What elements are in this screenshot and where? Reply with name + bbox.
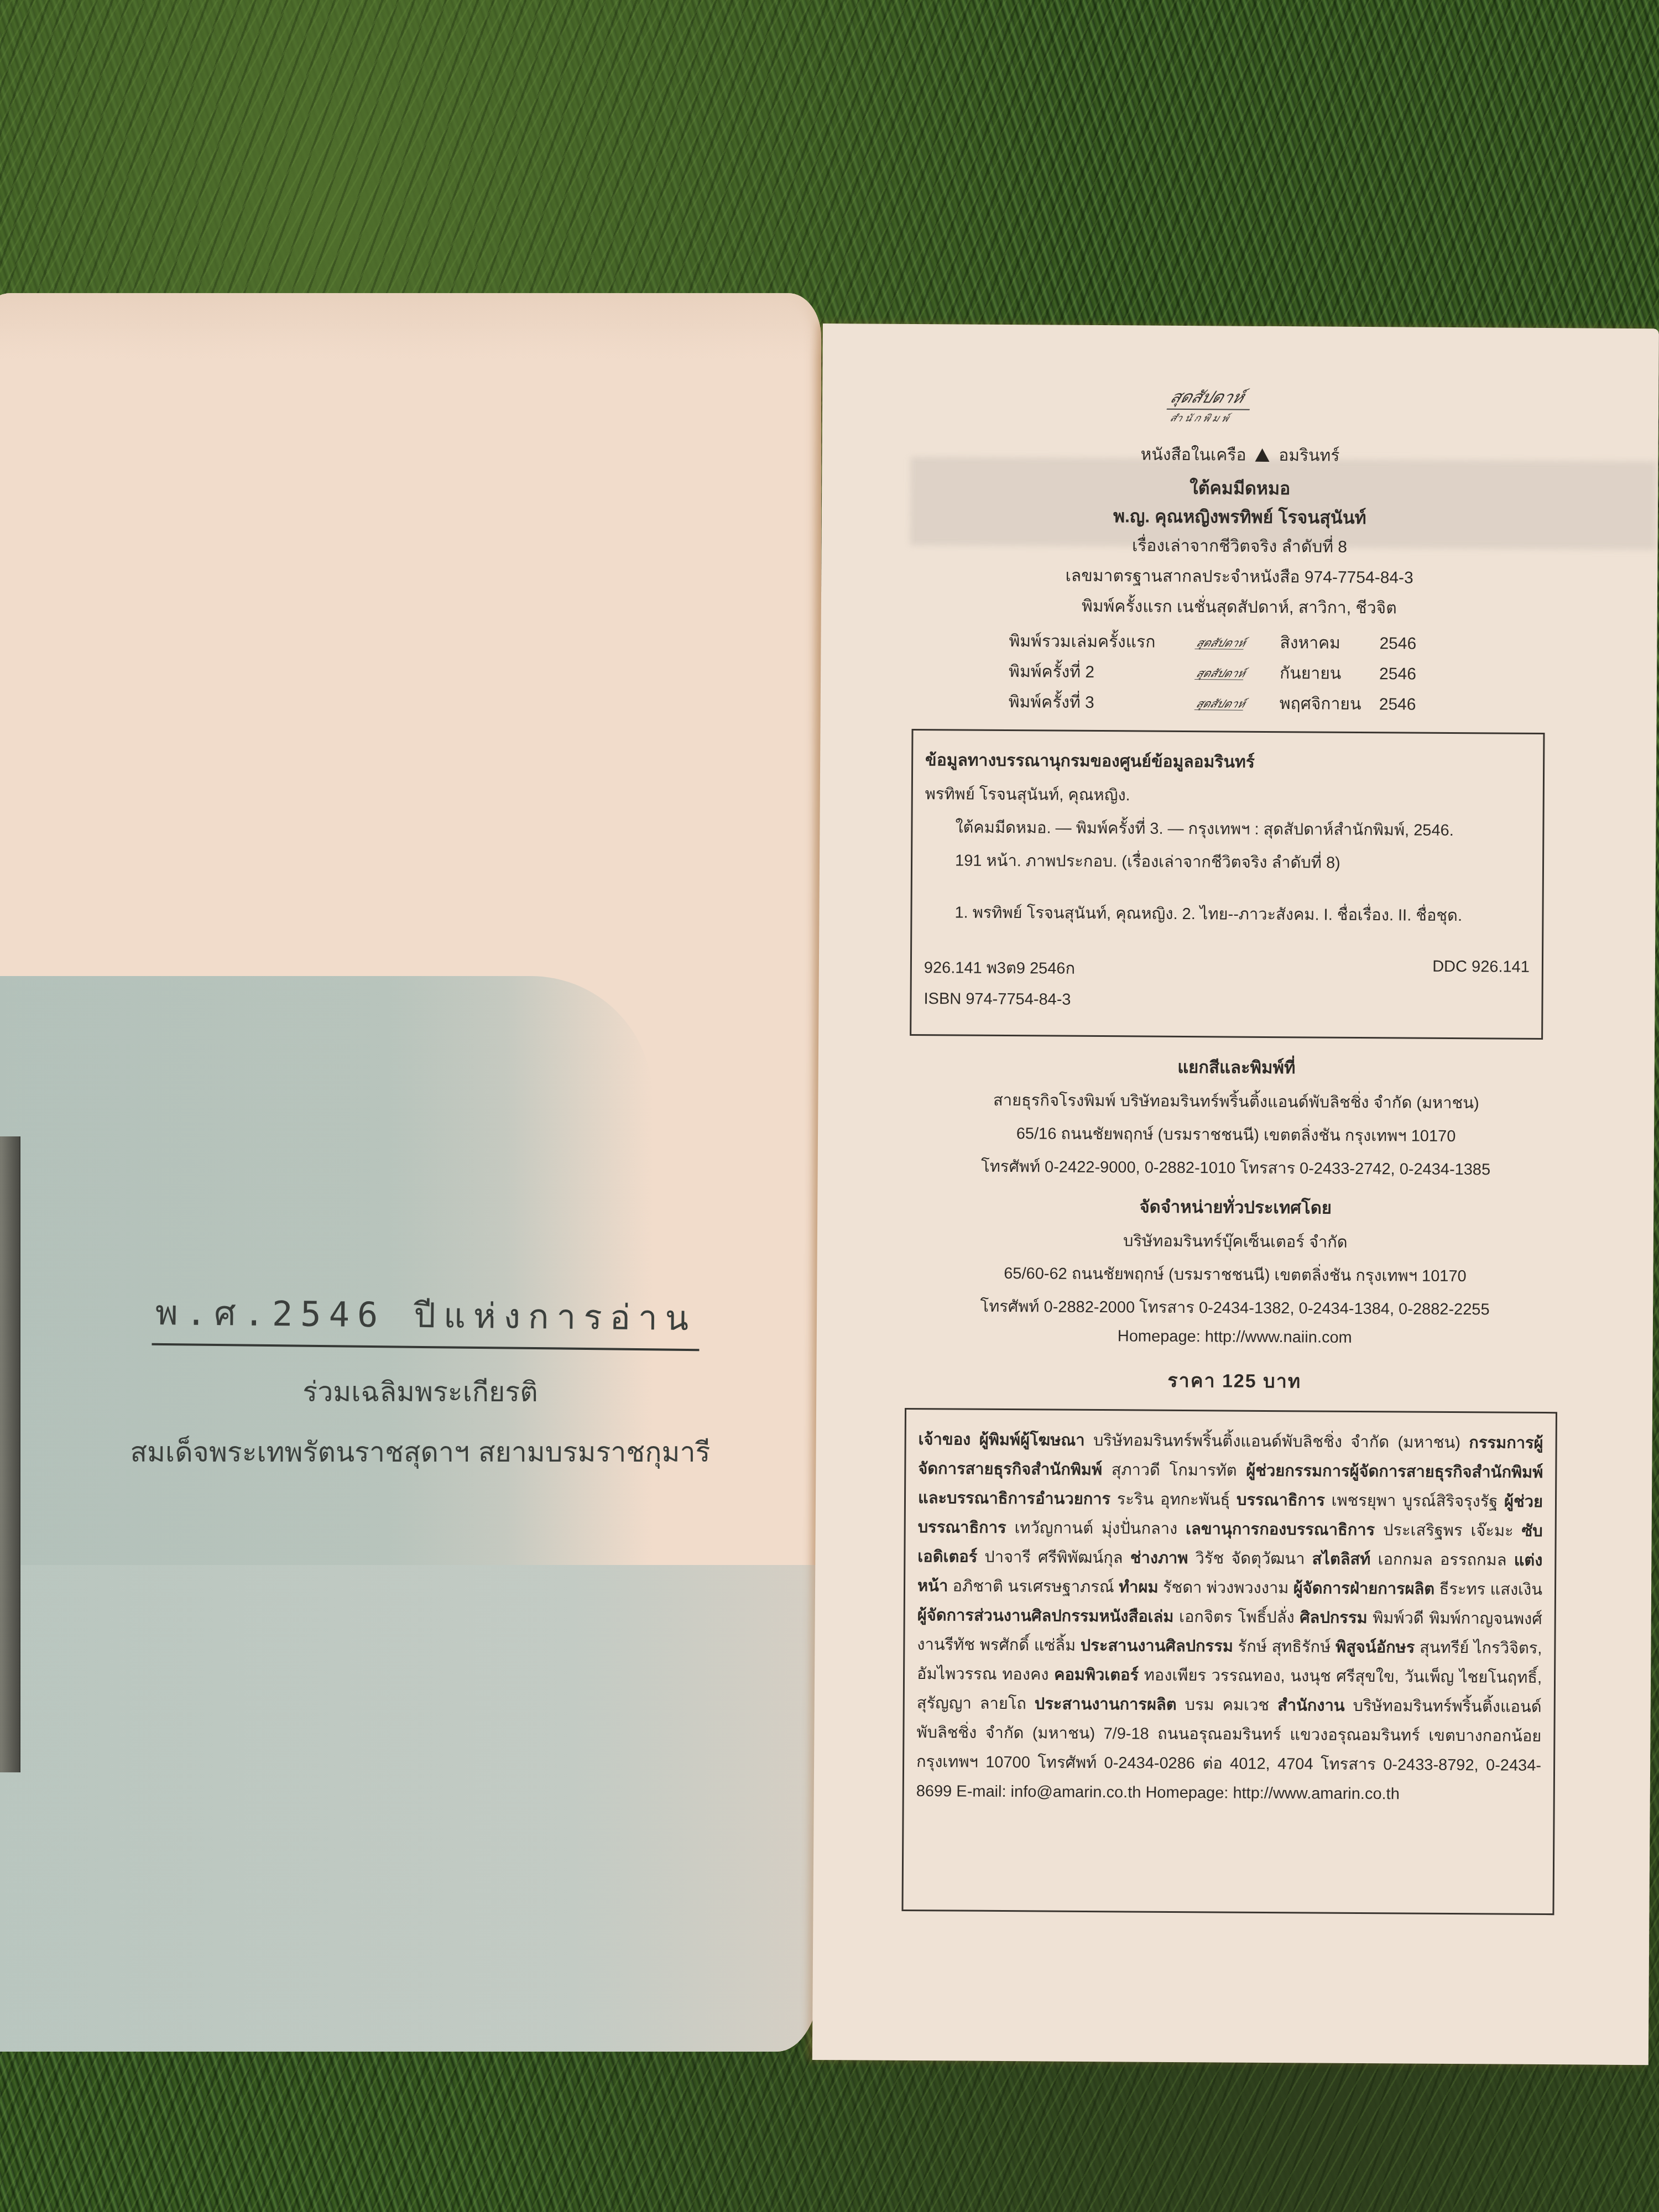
book-series: เรื่องเล่าจากชีวิตจริง ลำดับที่ 8 bbox=[821, 531, 1657, 562]
printing-row: พิมพ์รวมเล่มครั้งแรก สุดสัปดาห์ สิงหาคม … bbox=[1009, 626, 1416, 659]
staff-role: ศิลปกรรม bbox=[1300, 1609, 1368, 1627]
staff-role: ผู้จัดการฝ่ายการผลิต bbox=[1293, 1579, 1435, 1598]
cip-call-number: 926.141 พ3ต9 2546ก bbox=[924, 954, 1076, 981]
printing-row: พิมพ์ครั้งที่ 3 สุดสัปดาห์ พฤศจิกายน 254… bbox=[1009, 687, 1416, 719]
staff-name: รัชดา พ่วงพวงงาม bbox=[1163, 1579, 1289, 1597]
staff-role: เจ้าของ ผู้พิมพ์ผู้โฆษณา bbox=[919, 1431, 1085, 1449]
staff-role: เลขานุการกองบรรณาธิการ bbox=[1186, 1520, 1375, 1539]
publisher-logo-bottom: สำนักพิมพ์ bbox=[1168, 410, 1257, 426]
printing-month: กันยายน bbox=[1280, 658, 1379, 689]
printing-year: 2546 bbox=[1379, 659, 1416, 689]
staff-name: รักษ์ สุทธิรักษ์ bbox=[1238, 1638, 1331, 1656]
staff-role: ทำผม bbox=[1119, 1578, 1159, 1596]
printing-month: พฤศจิกายน bbox=[1280, 688, 1379, 719]
staff-name: ปาจารี ศรีพิพัฒน์กุล bbox=[984, 1548, 1123, 1567]
staff-role: สำนักงาน bbox=[1277, 1697, 1345, 1715]
publisher-signature-mark: สุดสัปดาห์ bbox=[1197, 627, 1280, 658]
book-author: พ.ญ. คุณหญิงพรทิพย์ โรจนสุนันท์ bbox=[822, 500, 1658, 534]
reading-year-dedication: พ.ศ.2546 ปีแห่งการอ่าน ร่วมเฉลิมพระเกียร… bbox=[94, 1288, 747, 1474]
distributor-address: 65/60-62 ถนนชัยพฤกษ์ (บรมราชชนนี) เขตตลิ… bbox=[817, 1259, 1653, 1290]
imprint-suffix: อมรินทร์ bbox=[1279, 446, 1340, 465]
staff-credits-box: เจ้าของ ผู้พิมพ์ผู้โฆษณา บริษัทอมรินทร์พ… bbox=[901, 1408, 1557, 1915]
triangle-logo-icon bbox=[1255, 448, 1270, 462]
cip-classification-row: 926.141 พ3ต9 2546ก DDC 926.141 bbox=[924, 954, 1530, 984]
right-page-colophon: สุดสัปดาห์ สำนักพิมพ์ หนังสือในเครือ อมร… bbox=[812, 324, 1659, 2065]
cip-line-2: 191 หน้า. ภาพประกอบ. (เรื่องเล่าจากชีวิต… bbox=[925, 847, 1530, 877]
first-print-line: พิมพ์ครั้งแรก เนชั่นสุดสัปดาห์, สาวิกา, … bbox=[821, 592, 1657, 623]
distributor-homepage-link[interactable]: Homepage: http://www.naiin.com bbox=[817, 1326, 1653, 1349]
printer-phone: โทรศัพท์ 0-2422-9000, 0-2882-1010 โทรสาร… bbox=[818, 1152, 1654, 1183]
printing-label: พิมพ์ครั้งที่ 3 bbox=[1009, 687, 1197, 718]
reading-year-heading: พ.ศ.2546 ปีแห่งการอ่าน bbox=[152, 1286, 700, 1351]
staff-name: ระริน อุทกะพันธุ์ bbox=[1117, 1490, 1230, 1509]
printer-section: แยกสีและพิมพ์ที่ สายธุรกิจโรงพิมพ์ บริษั… bbox=[818, 1051, 1655, 1183]
staff-name: เพชรยุพา บูรณ์สิริจรุงรัฐ bbox=[1331, 1492, 1498, 1511]
imprint-line: หนังสือในเครือ อมรินทร์ bbox=[822, 440, 1658, 471]
printing-label: พิมพ์รวมเล่มครั้งแรก bbox=[1009, 626, 1197, 658]
distributor-phone: โทรศัพท์ 0-2882-2000 โทรสาร 0-2434-1382,… bbox=[817, 1292, 1653, 1323]
printing-label: พิมพ์ครั้งที่ 2 bbox=[1009, 656, 1197, 688]
printing-year: 2546 bbox=[1379, 628, 1416, 659]
cip-subjects: 1. พรทิพย์ โรจนสุนันท์, คุณหญิง. 2. ไทย-… bbox=[924, 899, 1530, 928]
dedication-line-2: สมเด็จพระเทพรัตนราชสุดาฯ สยามบรมราชกุมาร… bbox=[94, 1431, 747, 1474]
cip-ddc: DDC 926.141 bbox=[1432, 958, 1530, 984]
distributor-section: จัดจำหน่ายทั่วประเทศโดย บริษัทอมรินทร์บุ… bbox=[817, 1191, 1654, 1349]
cip-author: พรทิพย์ โรจนสุนันท์, คุณหญิง. bbox=[925, 781, 1531, 810]
printer-title: แยกสีและพิมพ์ที่ bbox=[818, 1051, 1655, 1083]
dark-object-edge bbox=[0, 1136, 20, 1772]
publisher-signature-mark: สุดสัปดาห์ bbox=[1197, 658, 1280, 688]
staff-role: ช่างภาพ bbox=[1130, 1549, 1188, 1567]
staff-role: คอมพิวเตอร์ bbox=[1054, 1666, 1139, 1684]
left-page: พ.ศ.2546 ปีแห่งการอ่าน ร่วมเฉลิมพระเกียร… bbox=[0, 293, 821, 2052]
printing-row: พิมพ์ครั้งที่ 2 สุดสัปดาห์ กันยายน 2546 bbox=[1009, 656, 1416, 689]
distributor-title: จัดจำหน่ายทั่วประเทศโดย bbox=[817, 1191, 1653, 1223]
staff-role: บรรณาธิการ bbox=[1237, 1491, 1325, 1510]
cip-line-1: ใต้คมมีดหมอ. — พิมพ์ครั้งที่ 3. — กรุงเท… bbox=[925, 814, 1530, 843]
staff-name: บรม คมเวช bbox=[1185, 1696, 1269, 1714]
publisher-logo-top: สุดสัปดาห์ bbox=[1166, 387, 1258, 410]
distributor-company: บริษัทอมรินทร์บุ๊คเซ็นเตอร์ จำกัด bbox=[817, 1226, 1653, 1256]
isbn-line: เลขมาตรฐานสากลประจำหนังสือ 974-7754-84-3 bbox=[821, 561, 1657, 592]
staff-name: เอกกมล อรรถกมล bbox=[1378, 1551, 1506, 1569]
book-title: ใต้คมมีดหมอ bbox=[822, 472, 1658, 505]
dedication-line-1: ร่วมเฉลิมพระเกียรติ bbox=[94, 1370, 747, 1414]
printing-history-table: พิมพ์รวมเล่มครั้งแรก สุดสัปดาห์ สิงหาคม … bbox=[1009, 626, 1417, 719]
staff-name: ธีระทร แสงเงิน bbox=[1439, 1580, 1543, 1599]
price-label: ราคา 125 บาท bbox=[816, 1363, 1652, 1398]
cip-title: ข้อมูลทางบรรณานุกรมของศูนย์ข้อมูลอมรินทร… bbox=[925, 747, 1531, 777]
staff-name: สุภาวดี โกมารทัต bbox=[1112, 1461, 1237, 1479]
staff-name: เอกจิตร โพธิ์ปลั่ง bbox=[1179, 1608, 1295, 1626]
staff-name: อภิชาติ นรเศรษฐาภรณ์ bbox=[953, 1577, 1114, 1596]
staff-name: ประเสริฐพร เจ๊ะมะ bbox=[1383, 1521, 1514, 1540]
publisher-logo: สุดสัปดาห์ สำนักพิมพ์ bbox=[1171, 387, 1254, 431]
staff-role: ผู้จัดการส่วนงานศิลปกรรมหนังสือเล่ม bbox=[917, 1606, 1174, 1626]
staff-role: ประสานงานการผลิต bbox=[1035, 1695, 1177, 1714]
cip-catalog-box: ข้อมูลทางบรรณานุกรมของศูนย์ข้อมูลอมรินทร… bbox=[910, 729, 1545, 1040]
staff-role: สไตลิสท์ bbox=[1312, 1550, 1371, 1568]
publisher-signature-mark: สุดสัปดาห์ bbox=[1197, 688, 1280, 719]
staff-role: พิสูจน์อักษร bbox=[1335, 1639, 1415, 1657]
imprint-prefix: หนังสือในเครือ bbox=[1141, 446, 1246, 465]
printer-address: 65/16 ถนนชัยพฤกษ์ (บรมราชชนนี) เขตตลิ่งช… bbox=[818, 1119, 1654, 1150]
staff-name: เทวัญกานต์ มุ่งปั่นกลาง bbox=[1014, 1519, 1177, 1538]
printing-year: 2546 bbox=[1379, 689, 1416, 719]
staff-role: ประสานงานศิลปกรรม bbox=[1081, 1637, 1233, 1656]
hand-shadow-lower bbox=[0, 1565, 821, 2052]
staff-name: วิรัช จัดตุวัฒนา bbox=[1196, 1550, 1305, 1568]
cip-isbn: ISBN 974-7754-84-3 bbox=[924, 990, 1529, 1012]
printing-month: สิงหาคม bbox=[1280, 628, 1379, 659]
printer-company: สายธุรกิจโรงพิมพ์ บริษัทอมรินทร์พริ้นติ้… bbox=[818, 1086, 1654, 1117]
staff-name: บริษัทอมรินทร์พริ้นติ้งแอนด์พับลิชชิ่ง จ… bbox=[1093, 1432, 1460, 1452]
